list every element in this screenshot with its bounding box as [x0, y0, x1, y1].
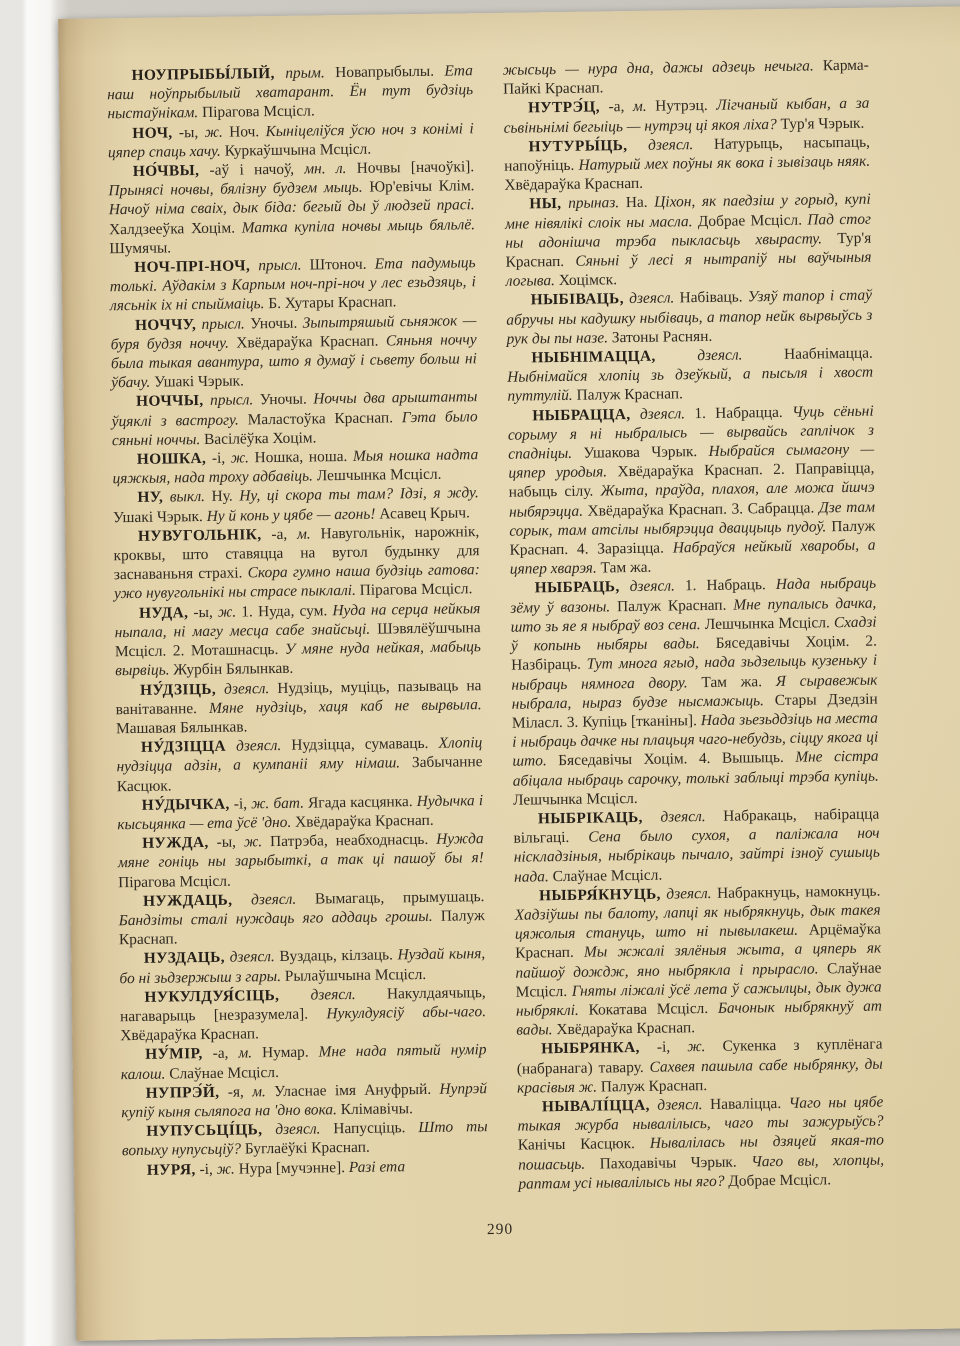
definition-text: -і, [640, 1039, 671, 1056]
definition-text: Уночы. [253, 391, 307, 409]
headword: НЫБІВАЦЬ, [531, 291, 624, 309]
example-text: дзеясл. [216, 680, 269, 698]
dictionary-entry: НЫВАЛІ́ЦЦА, дзеясл. Наваліцца. Чаго ны ц… [517, 1093, 884, 1194]
dictionary-entry: НУ́ДЫЧКА, -і, ж. бат. Ягада касцянка. Ну… [117, 791, 484, 835]
definition-text: Нумар. [252, 1044, 309, 1062]
definition-text: Машавая Бялынкав. [116, 718, 248, 737]
example-text: Матка купіла ночвы мыць бяльлё. [235, 216, 475, 236]
definition-text: Ушакі Чэрык. [113, 508, 203, 526]
headword: НОЧ-ПРІ-НОЧ, [134, 257, 250, 276]
example-text: м. [624, 98, 646, 115]
headword: НУТРЭ́Ц, [528, 99, 600, 117]
definition-text: Палуж Краснап. [573, 386, 683, 405]
example-text: ж. [198, 123, 223, 140]
definition-text: -ы, [188, 604, 213, 621]
definition-text: Ноч. [223, 123, 260, 141]
example-text: жысьць — нура дна, дажы адзець нечыга. [503, 57, 814, 78]
example-text: ж. [213, 1160, 235, 1177]
definition-text: Буглаёўкі Краснап. [241, 1139, 370, 1158]
left-column: НОУПРЫБЫ́ЛЫЙ, прым. Новапрыбылы. Ета наш… [107, 61, 489, 1199]
definition-text: Палуж Краснап. [597, 1077, 707, 1096]
definition-text: Юр'евічы Клім. [362, 177, 474, 196]
definition-text: Бяседавічы Хоцім. 4. Вышыць. [547, 749, 784, 769]
headword: НЫБРАЦЦА, [532, 406, 631, 424]
definition-text: -аў і начоў, [199, 161, 294, 179]
headword: НУ́МІР, [145, 1045, 203, 1063]
definition-text: Вымагаць, прымушаць. [296, 888, 484, 908]
headword: НУКУЛДУЯ́СІЦЬ, [144, 987, 279, 1006]
headword: НОУПРЫБЫ́ЛЫЙ, [131, 65, 275, 84]
headword: НО́ЧВЫ, [133, 162, 200, 180]
dictionary-entry: НЫБРІКАЦЬ, дзеясл. Набракаць, набірацца … [513, 805, 880, 887]
example-text: м. [287, 525, 311, 542]
example-text: Натурый мех поўны як вока і зывізаць няя… [574, 153, 870, 174]
example-text: Мяне нудзіць, хаця каб не вырвыла. [197, 696, 482, 717]
definition-text: Канічы Касцюк. [518, 1135, 635, 1154]
dictionary-entry: НО́ЧВЫ, -аў і начоў, мн. л. Ночвы [начоў… [108, 157, 475, 258]
headword: НУЖДА, [142, 834, 209, 852]
definition-text: Добрае Мсцісл. [724, 1171, 831, 1189]
definition-text: Пірагова Мсцісл. [356, 581, 473, 600]
dictionary-entry: НУВУГОЛЬНІК, -а, м. Навугольнік, нарожні… [113, 522, 480, 604]
example-text: выкл. [163, 488, 205, 506]
example-text: дзеясл. [262, 1121, 320, 1139]
headword: НУ, [137, 489, 163, 506]
definition-text: Новапрыбылы. [325, 63, 434, 82]
headword: НУПРЭ́Й, [146, 1084, 220, 1102]
example-text: дзеясл. [624, 290, 675, 308]
definition-text: 1. Набрацца. [685, 404, 783, 422]
dictionary-entry: НУЗДАЦЬ, дзеясл. Вуздаць, кілзаць. Нузда… [119, 944, 486, 988]
definition-text: Добрае Мсцісл. [692, 211, 802, 230]
definition-text: Затоны Раснян. [608, 328, 712, 346]
definition-text: Пірагова Мсцісл. [118, 872, 231, 891]
definition-text: Уласнае імя Ануфрый. [266, 1081, 432, 1100]
example-text: Ну, ці скора ты там? Ідзі, я жду. [233, 485, 479, 505]
headword: НУЗДАЦЬ, [144, 949, 225, 967]
example-text: Разі ета [345, 1158, 405, 1176]
definition-text: Клімавічы. [337, 1100, 413, 1118]
headword: НОЧ, [132, 124, 173, 142]
definition-text: Асавец Крыч. [375, 504, 470, 522]
definition-text: Б. Хутары Краснап. [264, 294, 396, 313]
definition-text: Нура [мучэнне]. [235, 1159, 345, 1178]
dictionary-entry: НЫБРЯ́КНУЦЬ, дзеясл. Набракнуць, намокну… [514, 881, 882, 1040]
example-text: дзеясл. [232, 890, 296, 908]
example-text: дзеясл. [656, 347, 743, 365]
dictionary-entry: НУКУЛДУЯ́СІЦЬ, дзеясл. Накулдаячыць, наг… [120, 983, 487, 1046]
definition-text: Хвёдараўка Краснап. [504, 175, 643, 194]
definition-text: На. [619, 194, 648, 211]
example-text: Ну й конь у цябе — агонь! [203, 505, 376, 524]
definition-text: Лешчынка Мсцісл. [313, 466, 442, 485]
definition-text: Ягада касцянка. [304, 793, 413, 812]
headword: НОЧЧЫ, [136, 392, 204, 410]
definition-text: -ы, [173, 124, 199, 141]
definition-text: Нудзіцца, сумаваць. [281, 735, 428, 754]
example-text: ж. бат. [247, 794, 304, 812]
example-text: дзеясл. [643, 808, 706, 826]
definition-text: Хвёдараўка Краснап. [291, 812, 434, 831]
dictionary-entry: жысьць — нура дна, дажы адзець нечыга. К… [503, 56, 870, 100]
dictionary-entry: НУДА, -ы, ж. 1. Нуда, сум. Нуда на серца… [114, 599, 481, 681]
example-text: Нукулдуясіў абы-чаго. [308, 1003, 486, 1022]
headword: НУВУГОЛЬНІК, [138, 526, 262, 545]
definition-text: Куркаўшчына Мсцісл. [221, 140, 372, 159]
dictionary-entry: НУТРЭ́Ц, -а, м. Нутрэц. Лігчаный кыбан, … [503, 94, 870, 138]
headword: НУЖДАЦЬ, [143, 891, 233, 909]
headword: НУПУСЬЦІ́ЦЬ, [146, 1121, 262, 1140]
dictionary-entry: НУ́МІР, -а, м. Нумар. Мне нада пятый нум… [120, 1040, 487, 1084]
headword: НЫБНІМАЦЦА, [531, 348, 655, 367]
dictionary-page-scan: НОУПРЫБЫ́ЛЫЙ, прым. Новапрыбылы. Ета наш… [58, 6, 960, 1341]
headword: НОЧЧУ, [135, 316, 196, 334]
example-text: ж. [236, 833, 262, 850]
definition-text: Штоноч. [301, 256, 366, 274]
example-text: дзеясл. [630, 405, 685, 423]
definition-text: Там жа. [688, 673, 763, 691]
definition-text: Там жа. [597, 559, 652, 577]
example-text: прысл. [196, 315, 245, 333]
definition-text: Паходавічы Чэрык. [585, 1153, 737, 1172]
definition-text: Рылаўшчына Мсцісл. [281, 965, 426, 984]
example-text: Начоў німа сваіх, дык біда: бегый ды ў л… [109, 197, 475, 219]
example-text: Ныбнімайся хлопіц зь дзеўкый, а пысьля і… [507, 364, 873, 405]
dictionary-entry: НУ́ДЗІЦЦА дзеясл. Нудзіцца, сумаваць. Хл… [116, 733, 483, 796]
dictionary-entry: НЫБІВАЦЬ, дзеясл. Набіваць. Узяў тапор і… [506, 286, 873, 349]
example-text: дзеясл. [627, 136, 693, 154]
dictionary-entry: НЫБНІМАЦЦА, дзеясл. Наабнімацца. Ныбніма… [507, 344, 874, 407]
definition-text: Вуздаць, кілзаць. [275, 947, 393, 966]
definition-text: -і, [206, 450, 225, 467]
page-number: 290 [123, 1216, 877, 1245]
definition-text: Слаўнае Мсцісл. [165, 1064, 279, 1083]
definition-text: Лешчынка Мсцісл. [701, 614, 830, 633]
dictionary-entry: НУТУРЫ́ЦЬ, дзеясл. Натурыць, насыпаць, н… [504, 132, 871, 195]
dictionary-entry: НУ, выкл. Ну. Ну, ці скора ты там? Ідзі,… [113, 484, 480, 528]
dictionary-entry: НЫБРАЦЬ, дзеясл. 1. Набраць. Нада ныбрац… [510, 574, 879, 810]
definition-text: Хвёдараўка Краснап. 3. Сабрацца. [583, 499, 815, 519]
example-text: дзеясл. [226, 737, 282, 755]
example-text: прысл. [203, 392, 253, 410]
dictionary-entry: НОЧЧУ, прысл. Уночы. Зыпытряшый сьняжок … [110, 311, 477, 393]
dictionary-entry: НОУПРЫБЫ́ЛЫЙ, прым. Новапрыбылы. Ета наш… [107, 61, 474, 124]
definition-text: Напусціць. [320, 1119, 405, 1137]
dictionary-entry: НУПУСЬЦІ́ЦЬ, дзеясл. Напусціць. Што ты в… [122, 1117, 489, 1161]
dictionary-entry: НЫ, прыназ. На. Ціхон, як паедзіш у горы… [505, 190, 872, 291]
definition-text: -а, [600, 98, 625, 115]
headword: НУ́ДЫЧКА, [142, 795, 230, 813]
headword: НУДА, [139, 604, 188, 622]
example-text: дзеясл. [279, 986, 356, 1004]
definition-text: -а, [203, 1045, 229, 1062]
definition-text: Патрэба, неабходнасць. [262, 831, 428, 850]
definition-text: -і, [196, 1161, 213, 1178]
example-text: Прынясі ночвы, бялізну будзем мыць. [108, 179, 362, 200]
dictionary-entry: НУЖДА, -ы, ж. Патрэба, неабходнасць. Нуж… [117, 829, 484, 892]
definition-text: Халдзееўка Хоцім. [109, 219, 235, 238]
headword: НУРЯ, [147, 1161, 196, 1179]
headword: НУТУРЫ́ЦЬ, [528, 137, 627, 155]
definition-text: Палуж Краснап. [610, 596, 727, 615]
page-content: НОУПРЫБЫ́ЛЫЙ, прым. Новапрыбылы. Ета наш… [107, 56, 885, 1200]
example-text: м. [244, 1083, 266, 1100]
definition-text: Ушакова Чэрык. [572, 443, 697, 462]
headword: НОШКА, [137, 450, 207, 468]
definition-text: Хоцімск. [555, 271, 617, 289]
definition-text: Набіваць. [674, 289, 742, 307]
example-text: ж. [213, 603, 237, 620]
example-text: дзеясл. [650, 1096, 703, 1114]
definition-text: 1. Нуда, сум. [236, 602, 327, 620]
dictionary-entry: НОШКА, -і, ж. Ношка, ноша. Мыя ношка над… [112, 445, 479, 489]
definition-text: Хвёдараўка Краснап. [120, 1025, 259, 1044]
definition-text: Журбін Бялынкав. [169, 660, 293, 679]
dictionary-entry: НОЧ, -ы, ж. Ноч. Кыніцеліўся ўсю ноч з к… [108, 119, 475, 163]
example-text: прысл. [250, 257, 302, 275]
headword: НЫВАЛІ́ЦЦА, [542, 1097, 650, 1116]
definition-text: Наваліцца. [702, 1095, 781, 1113]
definition-text: Уночы. [245, 314, 298, 332]
example-text: м. [228, 1045, 252, 1062]
definition-text: 1. Набраць. [675, 577, 766, 595]
example-text: прым. [275, 64, 325, 82]
definition-text: Набракнуць, намокнуць. [711, 882, 880, 901]
dictionary-entry: НУЖДАЦЬ, дзеясл. Вымагаць, прымушаць. Ба… [118, 887, 485, 950]
definition-text: Хвёдараўка Краснап. [229, 332, 379, 351]
headword: НЫБРАЦЬ, [535, 579, 620, 597]
definition-text: Шумячы. [109, 239, 171, 257]
dictionary-entry: НЫБРАЦЦА, дзеясл. 1. Набрацца. Чуць сёнь… [508, 401, 876, 579]
headword: НЫБРЯ́КНУЦЬ, [539, 885, 661, 904]
example-text: дзеясл. [620, 578, 675, 596]
headword: НЫ, [529, 195, 561, 212]
definition-text: Ночвы [начоўкі]. [346, 158, 474, 177]
example-text: Бандзіты сталі нуждаць яго аддаць грошы. [119, 908, 433, 929]
definition-text: Кокатава Мсцісл. [579, 1000, 709, 1019]
definition-text: -ы, [209, 834, 237, 851]
example-text: мн. л. [294, 160, 347, 178]
example-text: дзеясл. [661, 885, 712, 903]
definition-text: Маластоўка Краснап. [239, 409, 393, 428]
headword: НУ́ДЗІЦЬ, [140, 680, 216, 698]
dictionary-entry: НУ́ДЗІЦЬ, дзеясл. Нудзіць, муціць, пазыв… [115, 676, 482, 739]
example-text: дзеясл. [225, 948, 275, 966]
headword: НЫБРЯНКА, [541, 1039, 640, 1057]
headword: НЫБРІКАЦЬ, [538, 809, 643, 827]
definition-text: Тур'я Чэрык. [777, 114, 865, 132]
definition-text: Ушакі Чэрык. [150, 373, 244, 391]
definition-text: Васілёўка Хоцім. [200, 429, 316, 448]
dictionary-entry: НОЧ-ПРІ-НОЧ, прысл. Штоноч. Ета падумыць… [109, 253, 476, 316]
definition-text: Пірагова Мсцісл. [198, 103, 315, 122]
definition-text: -а, [261, 526, 287, 543]
definition-text: Лешчынка Мсцісл. [513, 790, 638, 809]
right-column: жысьць — нура дна, дажы адзець нечыга. К… [503, 56, 885, 1194]
dictionary-entry: НОЧЧЫ, прысл. Уночы. Ноччы два арыштанты… [111, 388, 478, 451]
definition-text: -я, [219, 1083, 244, 1100]
headword: НУ́ДЗІЦЦА [141, 738, 226, 756]
definition-text: Наабнімацца. [742, 345, 873, 364]
definition-text: Хвёдараўка Краснап. [552, 1019, 695, 1038]
dictionary-entry: НУПРЭ́Й, -я, м. Уласнае імя Ануфрый. Нуп… [121, 1079, 488, 1123]
definition-text: Нутрэц. [646, 97, 707, 115]
definition-text: Слаўнае Мсцісл. [549, 866, 663, 885]
definition-text: -і, [230, 795, 248, 812]
example-text: прыназ. [561, 195, 619, 213]
example-text: ж. [670, 1038, 705, 1055]
definition-text: Ношка, ноша. [249, 448, 348, 466]
example-text: ж. [225, 449, 249, 466]
definition-text: Ну. [205, 488, 233, 505]
dictionary-entry: НЫБРЯНКА, -і, ж. Сукенка з куплёнага (на… [516, 1035, 883, 1098]
